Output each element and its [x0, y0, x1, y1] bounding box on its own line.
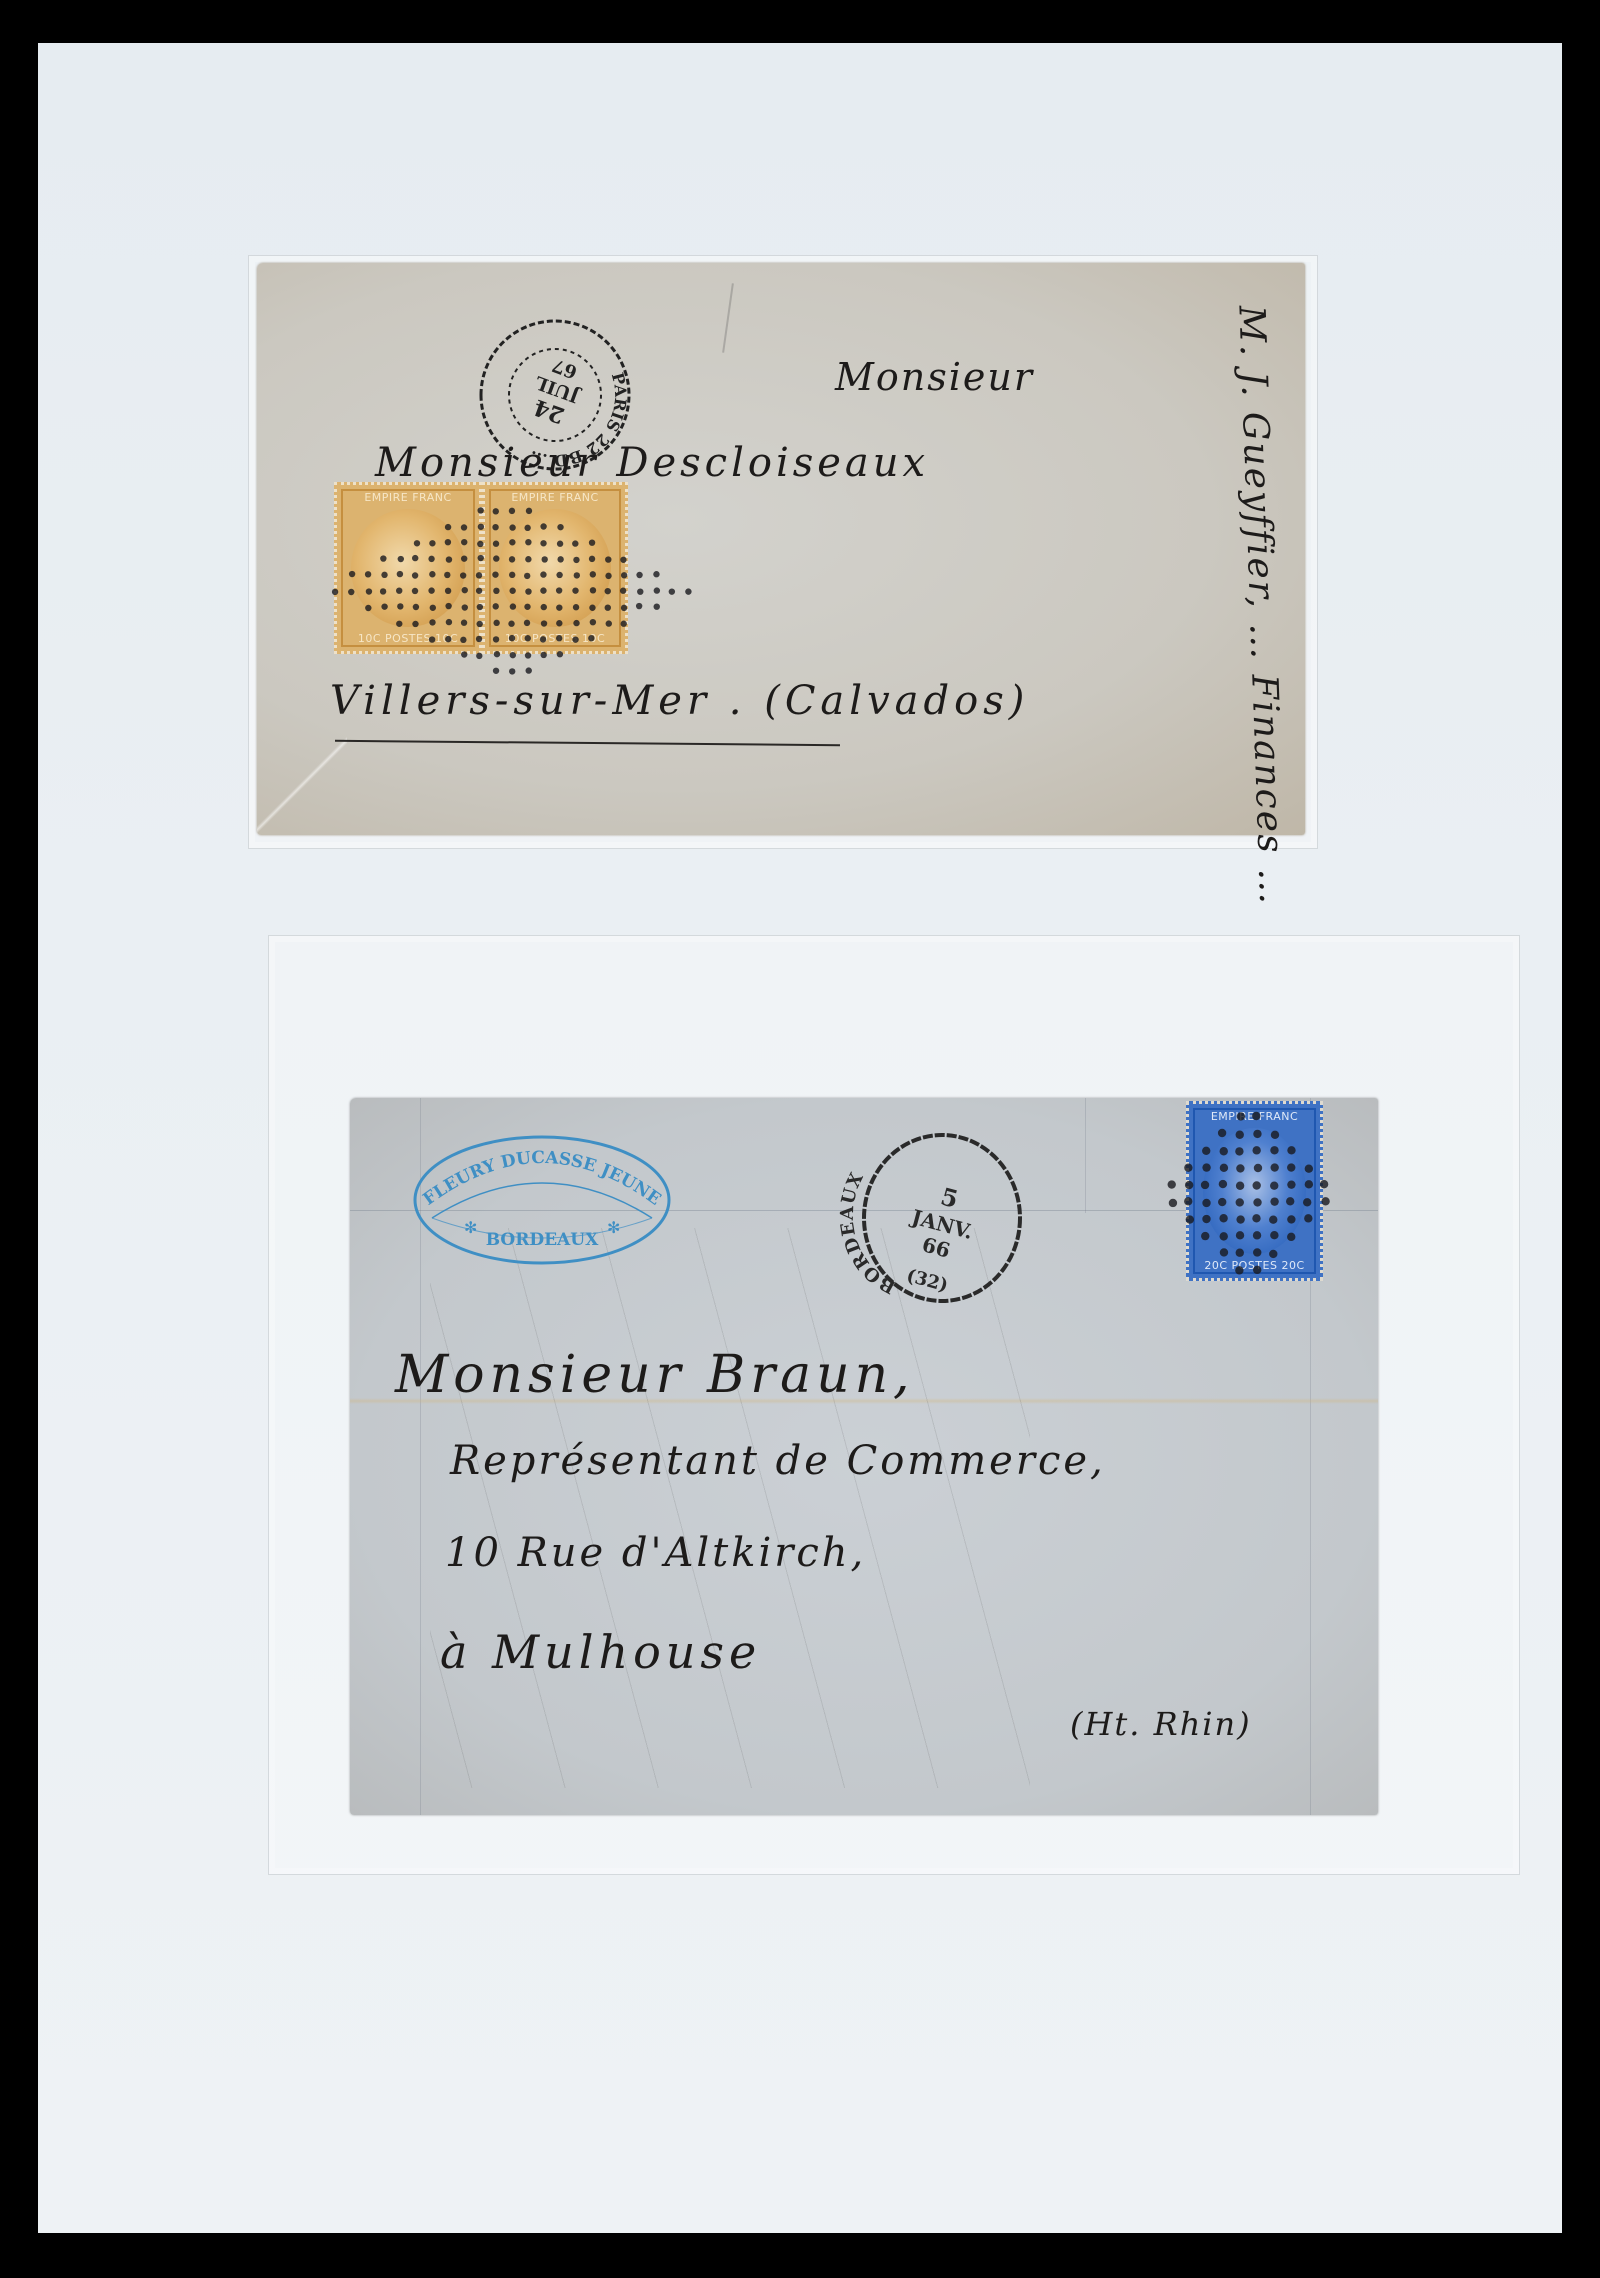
sleeve-corner-crease: [257, 735, 347, 835]
stamp-bottom-text: 10C POSTES 10C: [337, 632, 479, 645]
tear-mark: [722, 283, 734, 353]
fleury-ducasse-cachet: FLEURY DUCASSE JEUNE BORDEAUX ✻ ✻: [412, 1133, 672, 1268]
stamp-20c-blue[interactable]: EMPIRE FRANC 20C POSTES 20C: [1186, 1101, 1323, 1281]
napoleon-portrait-icon: [1203, 1128, 1306, 1254]
svg-text:5: 5: [938, 1182, 962, 1214]
stamp-top-text: EMPIRE FRANC: [1189, 1110, 1320, 1123]
napoleon-portrait-icon: [351, 509, 465, 627]
stamp-10c-bistre-left[interactable]: EMPIRE FRANC 10C POSTES 10C: [334, 482, 482, 654]
stamp-top-text: EMPIRE FRANC: [485, 491, 625, 504]
address-line-2: Représentant de Commerce,: [450, 1438, 1106, 1484]
bordeaux-postmark: BORDEAUX 5 JANV. 66 (32): [862, 1133, 1022, 1303]
address-line-3: Villers-sur-Mer . (Calvados): [330, 678, 1029, 724]
napoleon-portrait-icon: [499, 509, 611, 627]
svg-text:BORDEAUX: BORDEAUX: [486, 1230, 599, 1250]
flower-ornament-icon: ✻: [464, 1218, 477, 1237]
stamp-bottom-text: 10C POSTES 10C: [485, 632, 625, 645]
address-line-4: à Mulhouse: [440, 1625, 761, 1679]
address-line-2: Monsieur Descloiseaux: [375, 440, 929, 486]
svg-text:FLEURY DUCASSE JEUNE: FLEURY DUCASSE JEUNE: [420, 1148, 665, 1210]
svg-text:(32): (32): [904, 1265, 950, 1296]
stamp-10c-bistre-right[interactable]: EMPIRE FRANC 10C POSTES 10C: [482, 482, 628, 654]
address-line-1: Monsieur Braun,: [395, 1345, 915, 1405]
stamp-top-text: EMPIRE FRANC: [337, 491, 479, 504]
address-line-1: Monsieur: [835, 355, 1034, 399]
flower-ornament-icon: ✻: [607, 1218, 620, 1237]
stamp-bottom-text: 20C POSTES 20C: [1189, 1259, 1320, 1272]
address-line-5: (Ht. Rhin): [1070, 1705, 1252, 1743]
ruled-line: [1085, 1098, 1086, 1213]
show-through-writing: [430, 1228, 1030, 1788]
address-line-3: 10 Rue d'Altkirch,: [445, 1530, 866, 1576]
